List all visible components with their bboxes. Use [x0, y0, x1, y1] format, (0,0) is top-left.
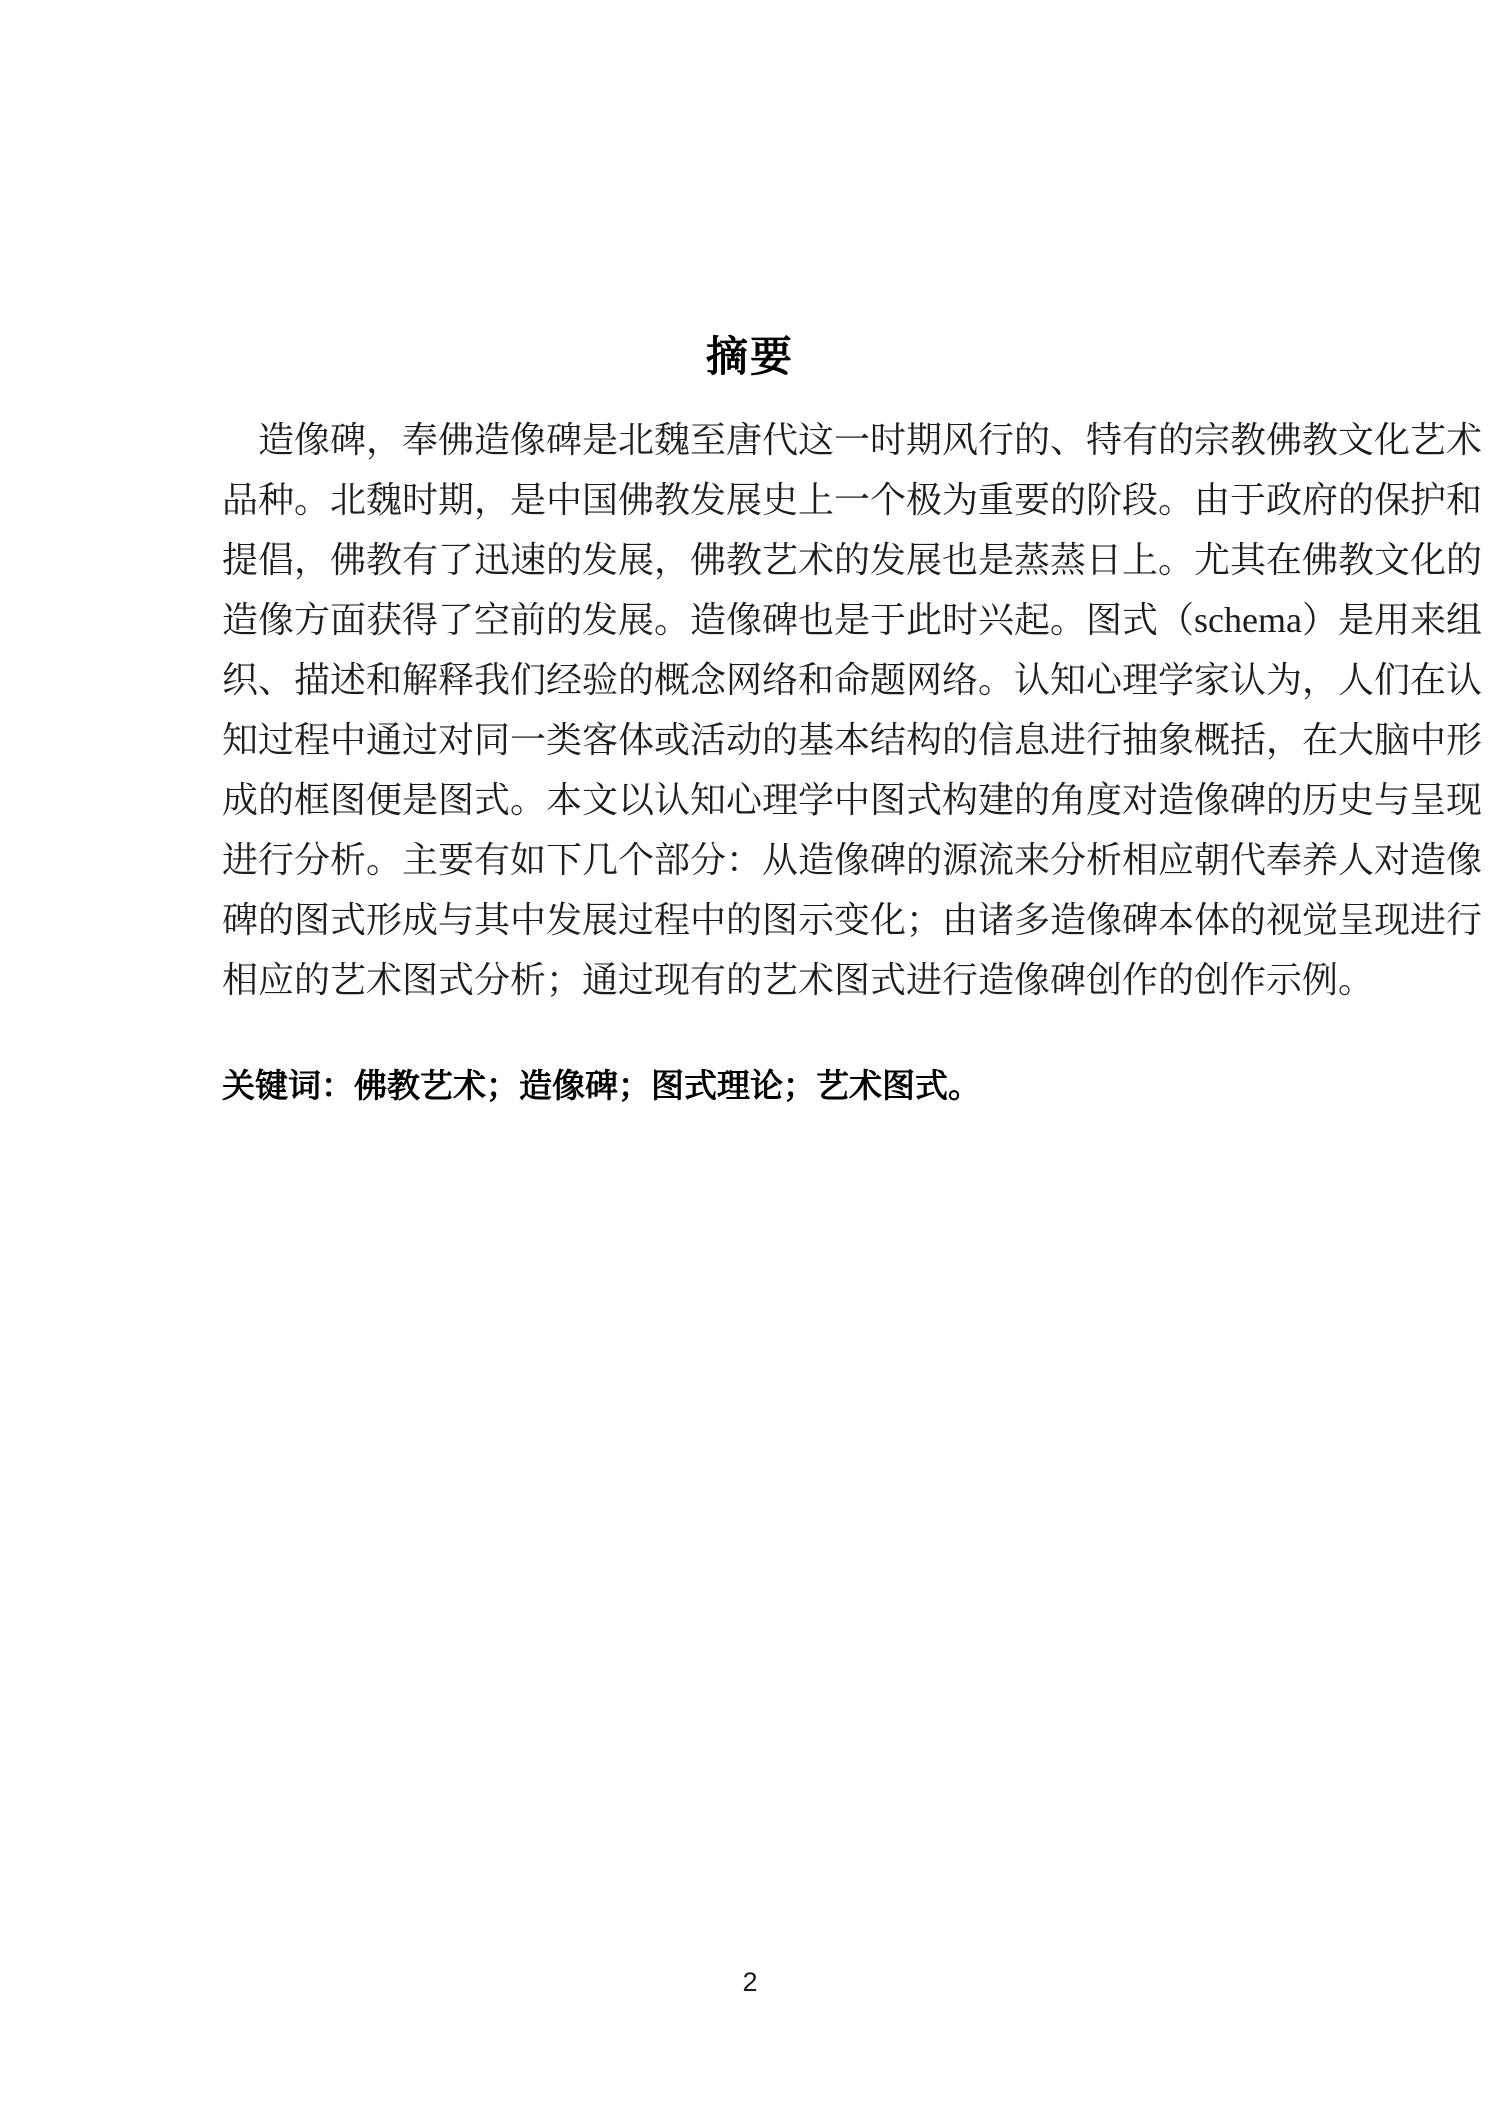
abstract-line: 造像碑，奉佛造像碑是北魏至唐代这一时期风行的、特有的宗教佛教文化艺术	[222, 410, 1272, 470]
abstract-line: 碑的图式形成与其中发展过程中的图示变化；由诸多造像碑本体的视觉呈现进行	[222, 890, 1272, 950]
keywords-text: 关键词：佛教艺术；造像碑；图式理论；艺术图式。	[222, 1064, 1272, 1108]
abstract-line: 相应的艺术图式分析；通过现有的艺术图式进行造像碑创作的创作示例。	[222, 950, 1272, 1010]
page-number: 2	[0, 1966, 1500, 1998]
abstract-line: 进行分析。主要有如下几个部分：从造像碑的源流来分析相应朝代奉养人对造像	[222, 830, 1272, 890]
abstract-paragraph: 造像碑，奉佛造像碑是北魏至唐代这一时期风行的、特有的宗教佛教文化艺术 品种。北魏…	[222, 410, 1272, 1010]
abstract-line: 造像方面获得了空前的发展。造像碑也是于此时兴起。图式（schema）是用来组	[222, 590, 1272, 650]
document-page: 摘要 造像碑，奉佛造像碑是北魏至唐代这一时期风行的、特有的宗教佛教文化艺术 品种…	[0, 0, 1500, 2121]
abstract-line: 知过程中通过对同一类客体或活动的基本结构的信息进行抽象概括，在大脑中形	[222, 710, 1272, 770]
abstract-line: 织、描述和解释我们经验的概念网络和命题网络。认知心理学家认为，人们在认	[222, 650, 1272, 710]
abstract-line: 提倡，佛教有了迅速的发展，佛教艺术的发展也是蒸蒸日上。尤其在佛教文化的	[222, 530, 1272, 590]
abstract-line: 品种。北魏时期，是中国佛教发展史上一个极为重要的阶段。由于政府的保护和	[222, 470, 1272, 530]
page-title: 摘要	[0, 332, 1500, 382]
abstract-line: 成的框图便是图式。本文以认知心理学中图式构建的角度对造像碑的历史与呈现	[222, 770, 1272, 830]
